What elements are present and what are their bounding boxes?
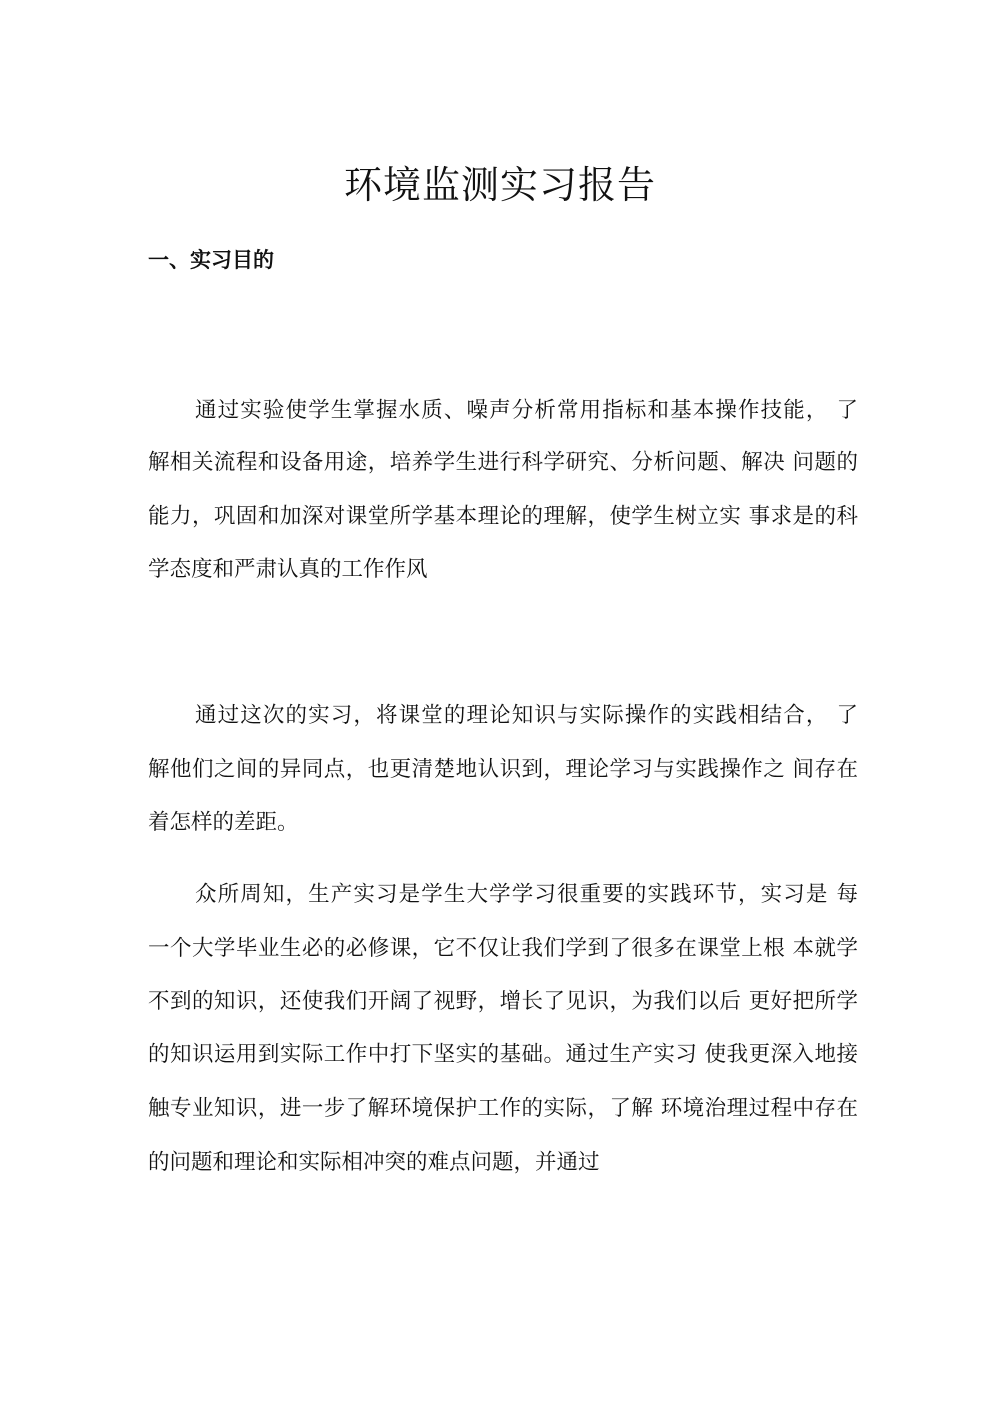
- paragraph-line: 着怎样的差距。: [148, 808, 858, 838]
- paragraph-line: 解他们之间的异同点，也更清楚地认识到，理论学习与实践操作之 间存在: [148, 755, 858, 785]
- paragraph-line: 一个大学毕业生必的必修课，它不仅让我们学到了很多在课堂上根 本就学: [148, 934, 858, 964]
- paragraph-line: 众所周知，生产实习是学生大学学习很重要的实践环节，实习是 每: [195, 880, 858, 910]
- section-heading: 一、实习目的: [148, 245, 274, 275]
- document-page: 环境监测实习报告 一、实习目的 通过实验使学生掌握水质、噪声分析常用指标和基本操…: [0, 0, 1000, 1415]
- paragraph-line: 的知识运用到实际工作中打下坚实的基础。通过生产实习 使我更深入地接: [148, 1040, 858, 1070]
- paragraph-line: 不到的知识，还使我们开阔了视野，增长了见识，为我们以后 更好把所学: [148, 987, 858, 1017]
- paragraph-line: 解相关流程和设备用途，培养学生进行科学研究、分析问题、解决 问题的: [148, 448, 858, 478]
- paragraph-line: 通过这次的实习，将课堂的理论知识与实际操作的实践相结合， 了: [195, 701, 858, 731]
- paragraph-line: 通过实验使学生掌握水质、噪声分析常用指标和基本操作技能， 了: [195, 396, 858, 426]
- paragraph-line: 的问题和理论和实际相冲突的难点问题，并通过: [148, 1148, 858, 1178]
- paragraph-line: 触专业知识，进一步了解环境保护工作的实际，了解 环境治理过程中存在: [148, 1094, 858, 1124]
- paragraph-line: 学态度和严肃认真的工作作风: [148, 555, 858, 585]
- document-title: 环境监测实习报告: [0, 160, 1000, 210]
- paragraph-line: 能力，巩固和加深对课堂所学基本理论的理解，使学生树立实 事求是的科: [148, 502, 858, 532]
